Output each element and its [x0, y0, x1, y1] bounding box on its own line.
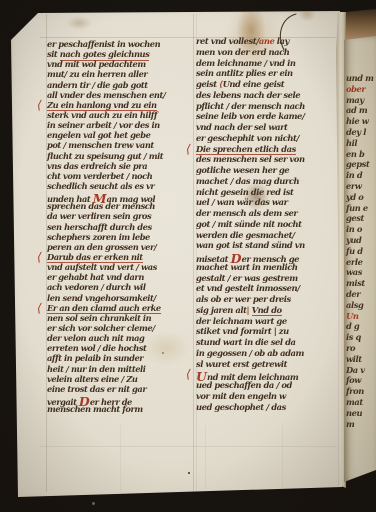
- facing-page-text-line: fu d: [346, 247, 374, 258]
- rubric-paragraph-mark: ⟨: [186, 143, 190, 155]
- ink-speck: [188, 472, 190, 474]
- ink-text: als ob er wer per dreis: [196, 294, 291, 304]
- ink-text: ach vedoren / durch wil: [47, 282, 146, 292]
- ink-text: vns das erdreich sie pra: [47, 161, 147, 171]
- ink-text: sig jaren alt: [196, 305, 247, 315]
- ink-text: ued geschophet / das: [196, 402, 286, 412]
- ink-text: nicht gesein die red ist: [196, 187, 293, 197]
- ink-text: Und eine geist: [223, 79, 285, 89]
- ink-text: vnd nach der sel wart: [196, 122, 287, 132]
- parchment-crease: [282, 425, 283, 492]
- ink-text: gestalt / er was gestrem: [196, 273, 298, 283]
- manuscript-text-line: sl wuret erst getrewit: [196, 360, 338, 371]
- rubric-red-text: ane: [259, 36, 275, 46]
- parchment-crease: [120, 425, 121, 492]
- ink-text: men von der erd nach: [196, 47, 289, 57]
- rubric-paragraph-mark: ⟨: [37, 302, 41, 314]
- ink-text: got / mit sünde nit nocht: [196, 219, 302, 229]
- facing-page-text-line: wilt: [346, 355, 374, 366]
- ink-text: len send vngehorsamkeit/: [47, 293, 156, 303]
- ink-text: er peschaffenist in wochen: [47, 39, 160, 49]
- ink-text: des lebens nach der sele: [196, 90, 300, 100]
- ink-text: heit / nur in den mitteli: [47, 364, 145, 374]
- ink-text: uel / wan wär das war: [196, 197, 288, 207]
- ink-text: lay: [274, 36, 289, 46]
- rubric-paragraph-mark: ⟨: [186, 368, 190, 380]
- ink-text: pot / menschen trew vant: [47, 140, 154, 150]
- next-page-strip: und mobermayad mhie wdey lhilen bgepstin…: [344, 36, 376, 482]
- manuscript-page: er peschaffenist in wochensit nach gotes…: [0, 0, 376, 512]
- ink-text: dem leichname / vnd in: [196, 58, 296, 68]
- ink-text: geist: [196, 79, 219, 89]
- ink-text: stiket vnd formirt | zu: [196, 326, 289, 336]
- ink-text: afft in pelaib in sunder: [47, 353, 143, 363]
- ink-text: sit: [47, 49, 60, 59]
- facing-page-text-line: m: [346, 420, 374, 431]
- ink-text: er sich vor solcher cleme/: [47, 323, 155, 333]
- parchment-crease: [205, 425, 206, 492]
- ink-text: velein alters eine / Zu: [47, 374, 137, 384]
- ruling-line-horizontal: [40, 446, 336, 447]
- ink-text: sl wuret erst getrewit: [196, 359, 287, 369]
- ink-text: sprechen das der mensch: [47, 201, 155, 211]
- ink-text: schephers zoren im lebe: [47, 232, 150, 242]
- ink-text: cht vom verderbet / noch: [47, 171, 152, 181]
- ink-text: er gehabt hat vnd darn: [47, 272, 144, 282]
- facing-page-text-line: alsg: [346, 301, 374, 312]
- manuscript-text-line: schedlich seucht als es vr: [47, 182, 193, 192]
- ink-text: flucht zu speisung gut / mit: [47, 151, 163, 161]
- ink-text: der leichnam wart ge: [196, 316, 287, 326]
- text-column-right: ret vnd vollest/ane laymen von der erd n…: [196, 37, 338, 413]
- ink-text: vor mit den engeln w: [196, 391, 286, 401]
- ink-text: werden die gesmachet/: [196, 230, 295, 240]
- ink-text: da wer verliren sein gros: [47, 211, 151, 221]
- ink-text: ret vnd vollest/: [196, 36, 259, 46]
- ink-text: in seiner arbeit / vor des in: [47, 120, 160, 130]
- ink-text: nen sol sein chrankeit in: [47, 313, 151, 323]
- facing-page-text-line: neu: [346, 409, 374, 420]
- ink-text: all vnder des menschen ent/: [47, 90, 165, 100]
- ink-text: mut/ zu ein herren aller: [47, 69, 147, 79]
- manuscript-text-line: ued geschophet / das: [196, 403, 338, 414]
- ink-text: der velon auch nit mag: [47, 333, 144, 343]
- text-column-left: er peschaffenist in wochensit nach gotes…: [47, 40, 193, 415]
- manuscript-text-line: wan got ist stand sünd vn: [196, 241, 338, 252]
- ink-text: vnd aufstelt vnd vert / was: [47, 262, 157, 272]
- ink-text: ued peschaffen da / od: [196, 380, 292, 390]
- ruling-line-vertical: [193, 14, 194, 492]
- ink-text: er geschephit von nicht/: [196, 133, 299, 143]
- ink-text: sterk vnd auch zu ein hilff: [47, 110, 157, 120]
- ink-text: machet wart in menlich: [196, 262, 298, 272]
- ink-text: wan got ist stand sünd vn: [196, 240, 305, 250]
- ink-text: schedlich seucht als es vr: [47, 181, 154, 191]
- facing-page-text-line: hil: [346, 139, 374, 150]
- ink-text: des menschen sel ser von: [196, 154, 305, 164]
- ink-text: pflicht / der mensch nach: [196, 101, 305, 111]
- ink-text: engelen val got het gebe: [47, 130, 150, 140]
- ink-text: menschen macht form: [47, 404, 143, 414]
- facing-page-text-line: ober: [346, 85, 374, 96]
- manuscript-text-line: eine trost das er nit gar: [47, 385, 193, 395]
- rubric-paragraph-mark: ⟨: [37, 251, 41, 263]
- facing-page-text-fragments: und mobermayad mhie wdey lhilen bgepstin…: [346, 74, 374, 430]
- ink-text: in gegossen / ob ab adam: [196, 348, 304, 358]
- ink-text: machet / das mag durch: [196, 176, 299, 186]
- ink-text: stund wart in die sel da: [196, 337, 295, 347]
- ink-text: et vnd gestelt inmossen/: [196, 283, 300, 293]
- ink-text: eine trost das er nit gar: [47, 384, 146, 394]
- ink-text: andern tir / die gab gott: [47, 80, 148, 90]
- facing-page-text-line: yd o: [346, 193, 374, 204]
- ink-text: erreten wol / die hochst: [47, 343, 146, 353]
- ink-text: vnd mit wol pedachtem: [47, 59, 146, 69]
- ink-text: sein antlitz plies er ein: [196, 68, 293, 78]
- ink-text: seine leib von erde kame/: [196, 111, 305, 121]
- manuscript-text-line: menschen macht form: [47, 405, 193, 415]
- dust-speck: [92, 502, 95, 505]
- ink-text: gotliche wesen her ge: [196, 165, 289, 175]
- ink-text: peren an den grossen ver/: [47, 242, 156, 252]
- manuscript-photograph: er peschaffenist in wochensit nach gotes…: [0, 0, 376, 512]
- ink-text: sen herschafft durch des: [47, 222, 152, 232]
- manuscript-text-line: er geschephit von nicht/: [196, 134, 338, 145]
- ink-text: der mensch als dem ser: [196, 208, 297, 218]
- rubric-paragraph-mark: ⟨: [37, 99, 41, 111]
